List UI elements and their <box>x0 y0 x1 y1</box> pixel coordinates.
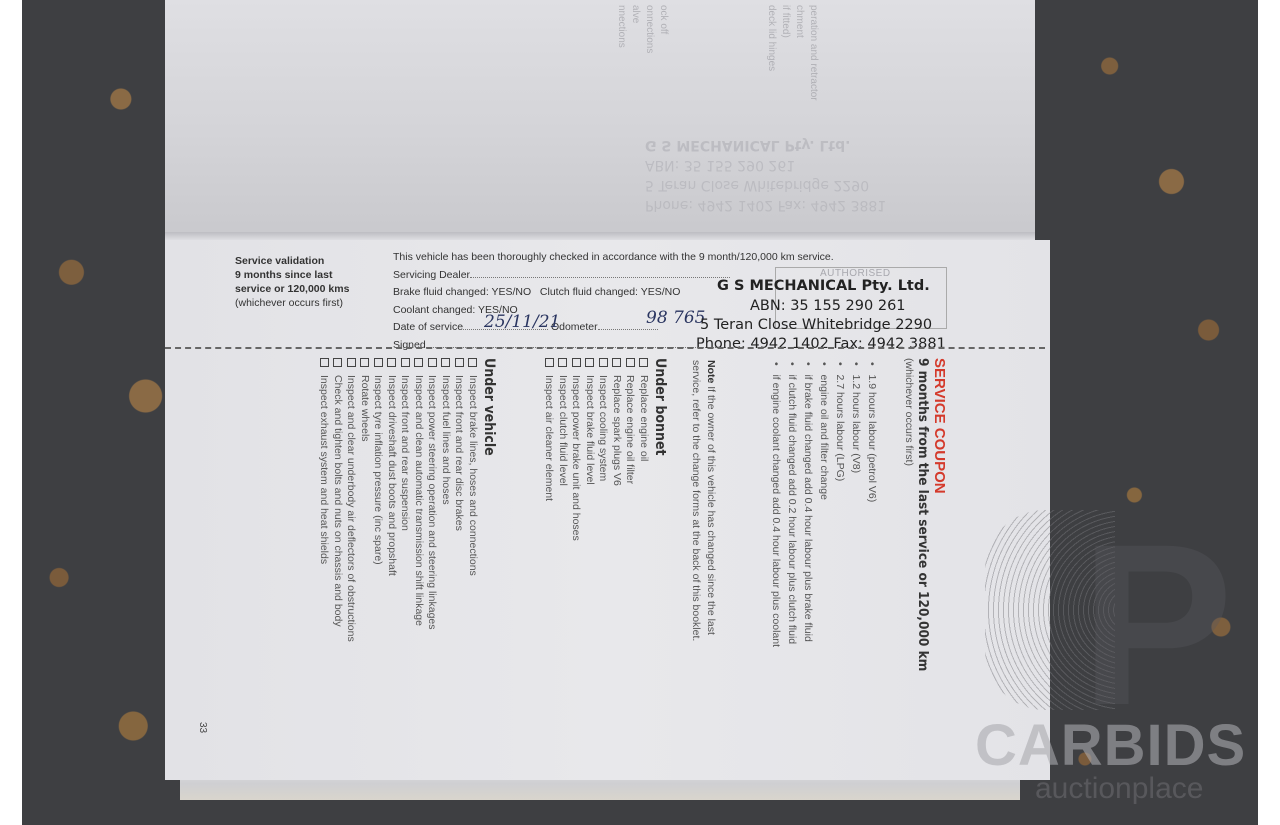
checklist-item: Inspect front and rear suspension <box>398 358 412 642</box>
checkbox[interactable] <box>414 358 423 367</box>
labour-item: • if engine coolant changed add 0.4 hour… <box>768 362 784 647</box>
checklist-item: Replace spark plugs V6 <box>610 358 624 541</box>
checkbox[interactable] <box>599 358 608 367</box>
checkbox[interactable] <box>545 358 554 367</box>
odometer-handwritten: 98 765 <box>646 308 705 328</box>
checkbox[interactable] <box>626 358 635 367</box>
under-bonnet-section: Under bonnet Replace engine oil Replace … <box>542 358 668 541</box>
checklist-item: Inspect front and rear disc brakes <box>452 358 466 642</box>
checkbox[interactable] <box>428 358 437 367</box>
date-of-service-handwritten: 25/11/21 <box>484 312 560 332</box>
coupon-subtitle: 9 months from the last service or 120,00… <box>915 358 931 671</box>
under-vehicle-section: Under vehicle Inspect brake lines, hoses… <box>317 358 497 642</box>
checklist-item: Inspect and clean automatic transmission… <box>412 358 426 642</box>
watermark-letter-p-icon: P <box>1080 510 1233 740</box>
checkbox[interactable] <box>441 358 450 367</box>
labour-item: • if brake fluid changed add 0.4 hour la… <box>800 362 816 647</box>
checkbox[interactable] <box>401 358 410 367</box>
stamp-phone-fax: Phone: 4942 1402 Fax: 4942 3881 <box>696 336 946 352</box>
checkbox[interactable] <box>585 358 594 367</box>
checklist-item: Inspect driveshaft dust boots and propsh… <box>385 358 399 642</box>
checkbox[interactable] <box>455 358 464 367</box>
checkbox[interactable] <box>387 358 396 367</box>
checklist-item: Inspect brake fluid level <box>583 358 597 541</box>
checkbox[interactable] <box>360 358 369 367</box>
checklist-item: Inspect fuel lines and hoses <box>439 358 453 642</box>
checklist-item: Inspect tyre inflation pressure (inc spa… <box>371 358 385 642</box>
labour-list: • 1.9 hours labour (petrol V6) • 1.2 hou… <box>768 362 880 647</box>
stamp-abn: ABN: 35 155 290 261 <box>750 298 906 314</box>
coupon-title-block: SERVICE COUPON 9 months from the last se… <box>903 358 948 671</box>
checklist-item: Inspect air cleaner element <box>542 358 556 541</box>
checklist-item: Inspect cooling system <box>596 358 610 541</box>
checkbox[interactable] <box>347 358 356 367</box>
checklist-item: Inspect power steering operation and ste… <box>425 358 439 642</box>
labour-item: • 1.9 hours labour (petrol V6) <box>864 362 880 647</box>
coupon-title: SERVICE COUPON <box>931 358 948 671</box>
checklist-item: Inspect clutch fluid level <box>556 358 570 541</box>
checklist-item: Replace engine oil filter <box>623 358 637 541</box>
checkbox[interactable] <box>572 358 581 367</box>
checklist-item: Rotate wheels <box>358 358 372 642</box>
stamp-offset-mirror: Phone: 4942 1402 Fax: 4942 3881 5 Teran … <box>645 135 886 215</box>
service-validation-label: Service validation 9 months since last s… <box>235 254 349 310</box>
upper-page: peration and retractor chment if fitted)… <box>165 0 1035 240</box>
coupon-whichever: (whichever occurs first) <box>903 358 915 671</box>
checkbox[interactable] <box>612 358 621 367</box>
top-page-partial-text-2: ock off onnections alve nnections <box>614 5 670 53</box>
servicing-dealer-label: Servicing Dealer <box>393 269 470 281</box>
checkbox[interactable] <box>374 358 383 367</box>
checklist-item: Inspect brake lines, hoses and connectio… <box>466 358 480 642</box>
stamp-address: 5 Teran Close Whitebridge 2290 <box>700 317 932 333</box>
checklist-item: Inspect and clear underbody air deflecto… <box>344 358 358 642</box>
under-bonnet-heading: Under bonnet <box>652 358 668 541</box>
checklist-item: Replace engine oil <box>637 358 651 541</box>
clutch-fluid-field: Clutch fluid changed: YES/NO <box>540 286 680 298</box>
labour-item: • if clutch fluid changed add 0.2 hour l… <box>784 362 800 647</box>
ownership-note: Note If the owner of this vehicle has ch… <box>688 360 718 641</box>
under-vehicle-heading: Under vehicle <box>481 358 497 642</box>
checklist-item: Check and tighten bolts and nuts on chas… <box>331 358 345 642</box>
validation-intro: This vehicle has been thoroughly checked… <box>393 249 834 267</box>
checkbox[interactable] <box>558 358 567 367</box>
stamp-company-name: G S MECHANICAL Pty. Ltd. <box>717 278 930 294</box>
checklist-item: Inspect exhaust system and heat shields <box>317 358 331 642</box>
brake-fluid-field: Brake fluid changed: YES/NO <box>393 286 531 298</box>
top-page-partial-text: peration and retractor chment if fitted)… <box>764 5 820 101</box>
coupon-cut-line <box>165 347 1045 349</box>
checkbox[interactable] <box>333 358 342 367</box>
labour-item: • 1.2 hours labour (V8) <box>848 362 864 647</box>
checkbox[interactable] <box>639 358 648 367</box>
watermark-tagline: auctionplace <box>1035 772 1203 806</box>
labour-item: • engine oil and filter change <box>816 362 832 647</box>
checklist-item: Inspect power brake unit and hoses <box>569 358 583 541</box>
checkbox[interactable] <box>320 358 329 367</box>
watermark-brand: CARBIDS <box>975 712 1246 779</box>
checkbox[interactable] <box>468 358 477 367</box>
labour-item: • 2.7 hours labour (LPG) <box>832 362 848 647</box>
page-number: 33 <box>197 722 208 733</box>
date-of-service-label: Date of service <box>393 321 463 333</box>
